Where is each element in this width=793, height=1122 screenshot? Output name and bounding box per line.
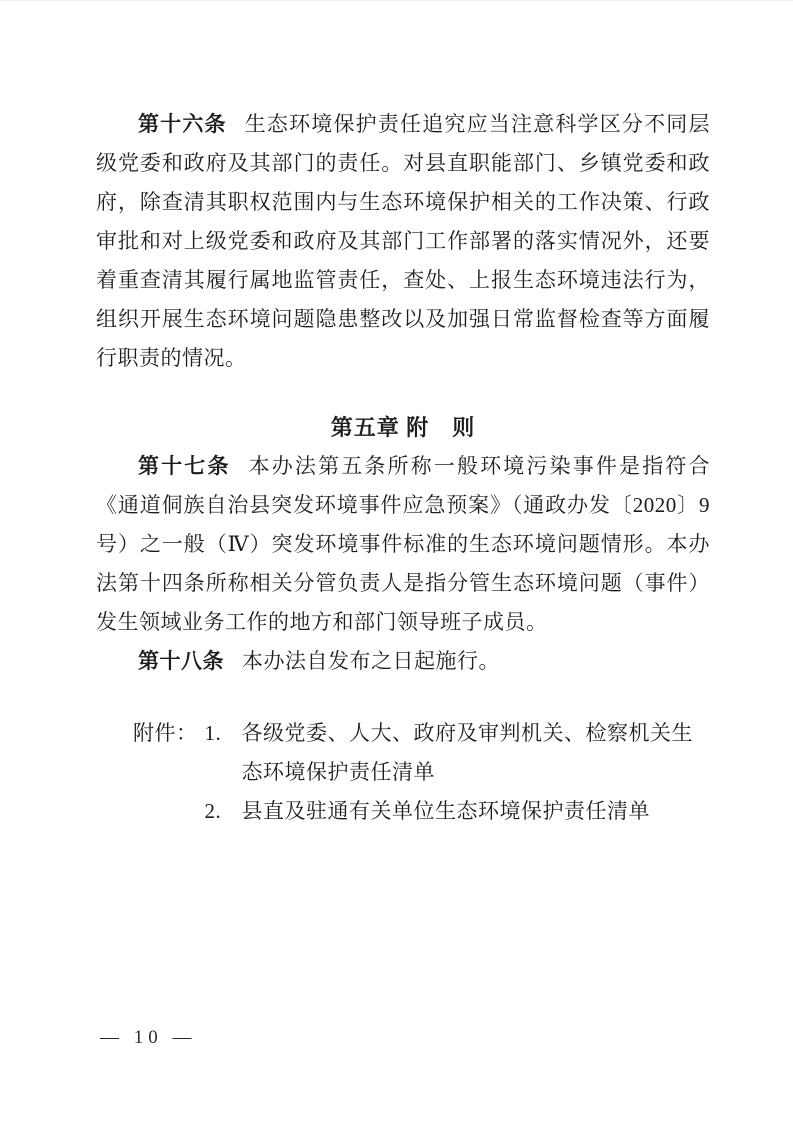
attachment-item: 2. 县直及驻通有关单位生态环境保护责任清单	[205, 792, 712, 831]
article-18-paragraph: 第十八条本办法自发布之日起施行。	[96, 642, 710, 681]
attachment-block: 附件： 1. 各级党委、人大、政府及审判机关、检察机关生态环境保护责任清单 2.…	[96, 714, 710, 831]
article-16-text: 生态环境保护责任追究应当注意科学区分不同层级党委和政府及其部门的责任。对县直职能…	[96, 112, 710, 370]
page-number: — 10 —	[100, 1027, 197, 1049]
article-16-number: 第十六条	[138, 112, 245, 136]
attachment-item: 1. 各级党委、人大、政府及审判机关、检察机关生态环境保护责任清单	[205, 714, 712, 792]
attachment-list: 1. 各级党委、人大、政府及审判机关、检察机关生态环境保护责任清单 2. 县直及…	[205, 714, 712, 831]
article-17-number: 第十七条	[138, 454, 249, 478]
document-page: 第十六条生态环境保护责任追究应当注意科学区分不同层级党委和政府及其部门的责任。对…	[0, 0, 793, 1122]
article-18-text: 本办法自发布之日起施行。	[242, 649, 500, 673]
article-17-text: 本办法第五条所称一般环境污染事件是指符合《通道侗族自治县突发环境事件应急预案》（…	[96, 454, 710, 634]
chapter-5-heading: 第五章 附 则	[96, 408, 710, 447]
attachment-label: 附件：	[133, 714, 198, 831]
article-17-paragraph: 第十七条本办法第五条所称一般环境污染事件是指符合《通道侗族自治县突发环境事件应急…	[96, 447, 710, 642]
article-16-paragraph: 第十六条生态环境保护责任追究应当注意科学区分不同层级党委和政府及其部门的责任。对…	[96, 105, 710, 378]
document-content: 第十六条生态环境保护责任追究应当注意科学区分不同层级党委和政府及其部门的责任。对…	[96, 105, 710, 831]
attachment-item-2-title: 县直及驻通有关单位生态环境保护责任清单	[242, 792, 712, 831]
attachment-item-2-number: 2.	[205, 792, 242, 831]
attachment-item-1-number: 1.	[205, 714, 242, 792]
attachment-item-1-title: 各级党委、人大、政府及审判机关、检察机关生态环境保护责任清单	[242, 714, 712, 792]
article-18-number: 第十八条	[138, 649, 242, 673]
